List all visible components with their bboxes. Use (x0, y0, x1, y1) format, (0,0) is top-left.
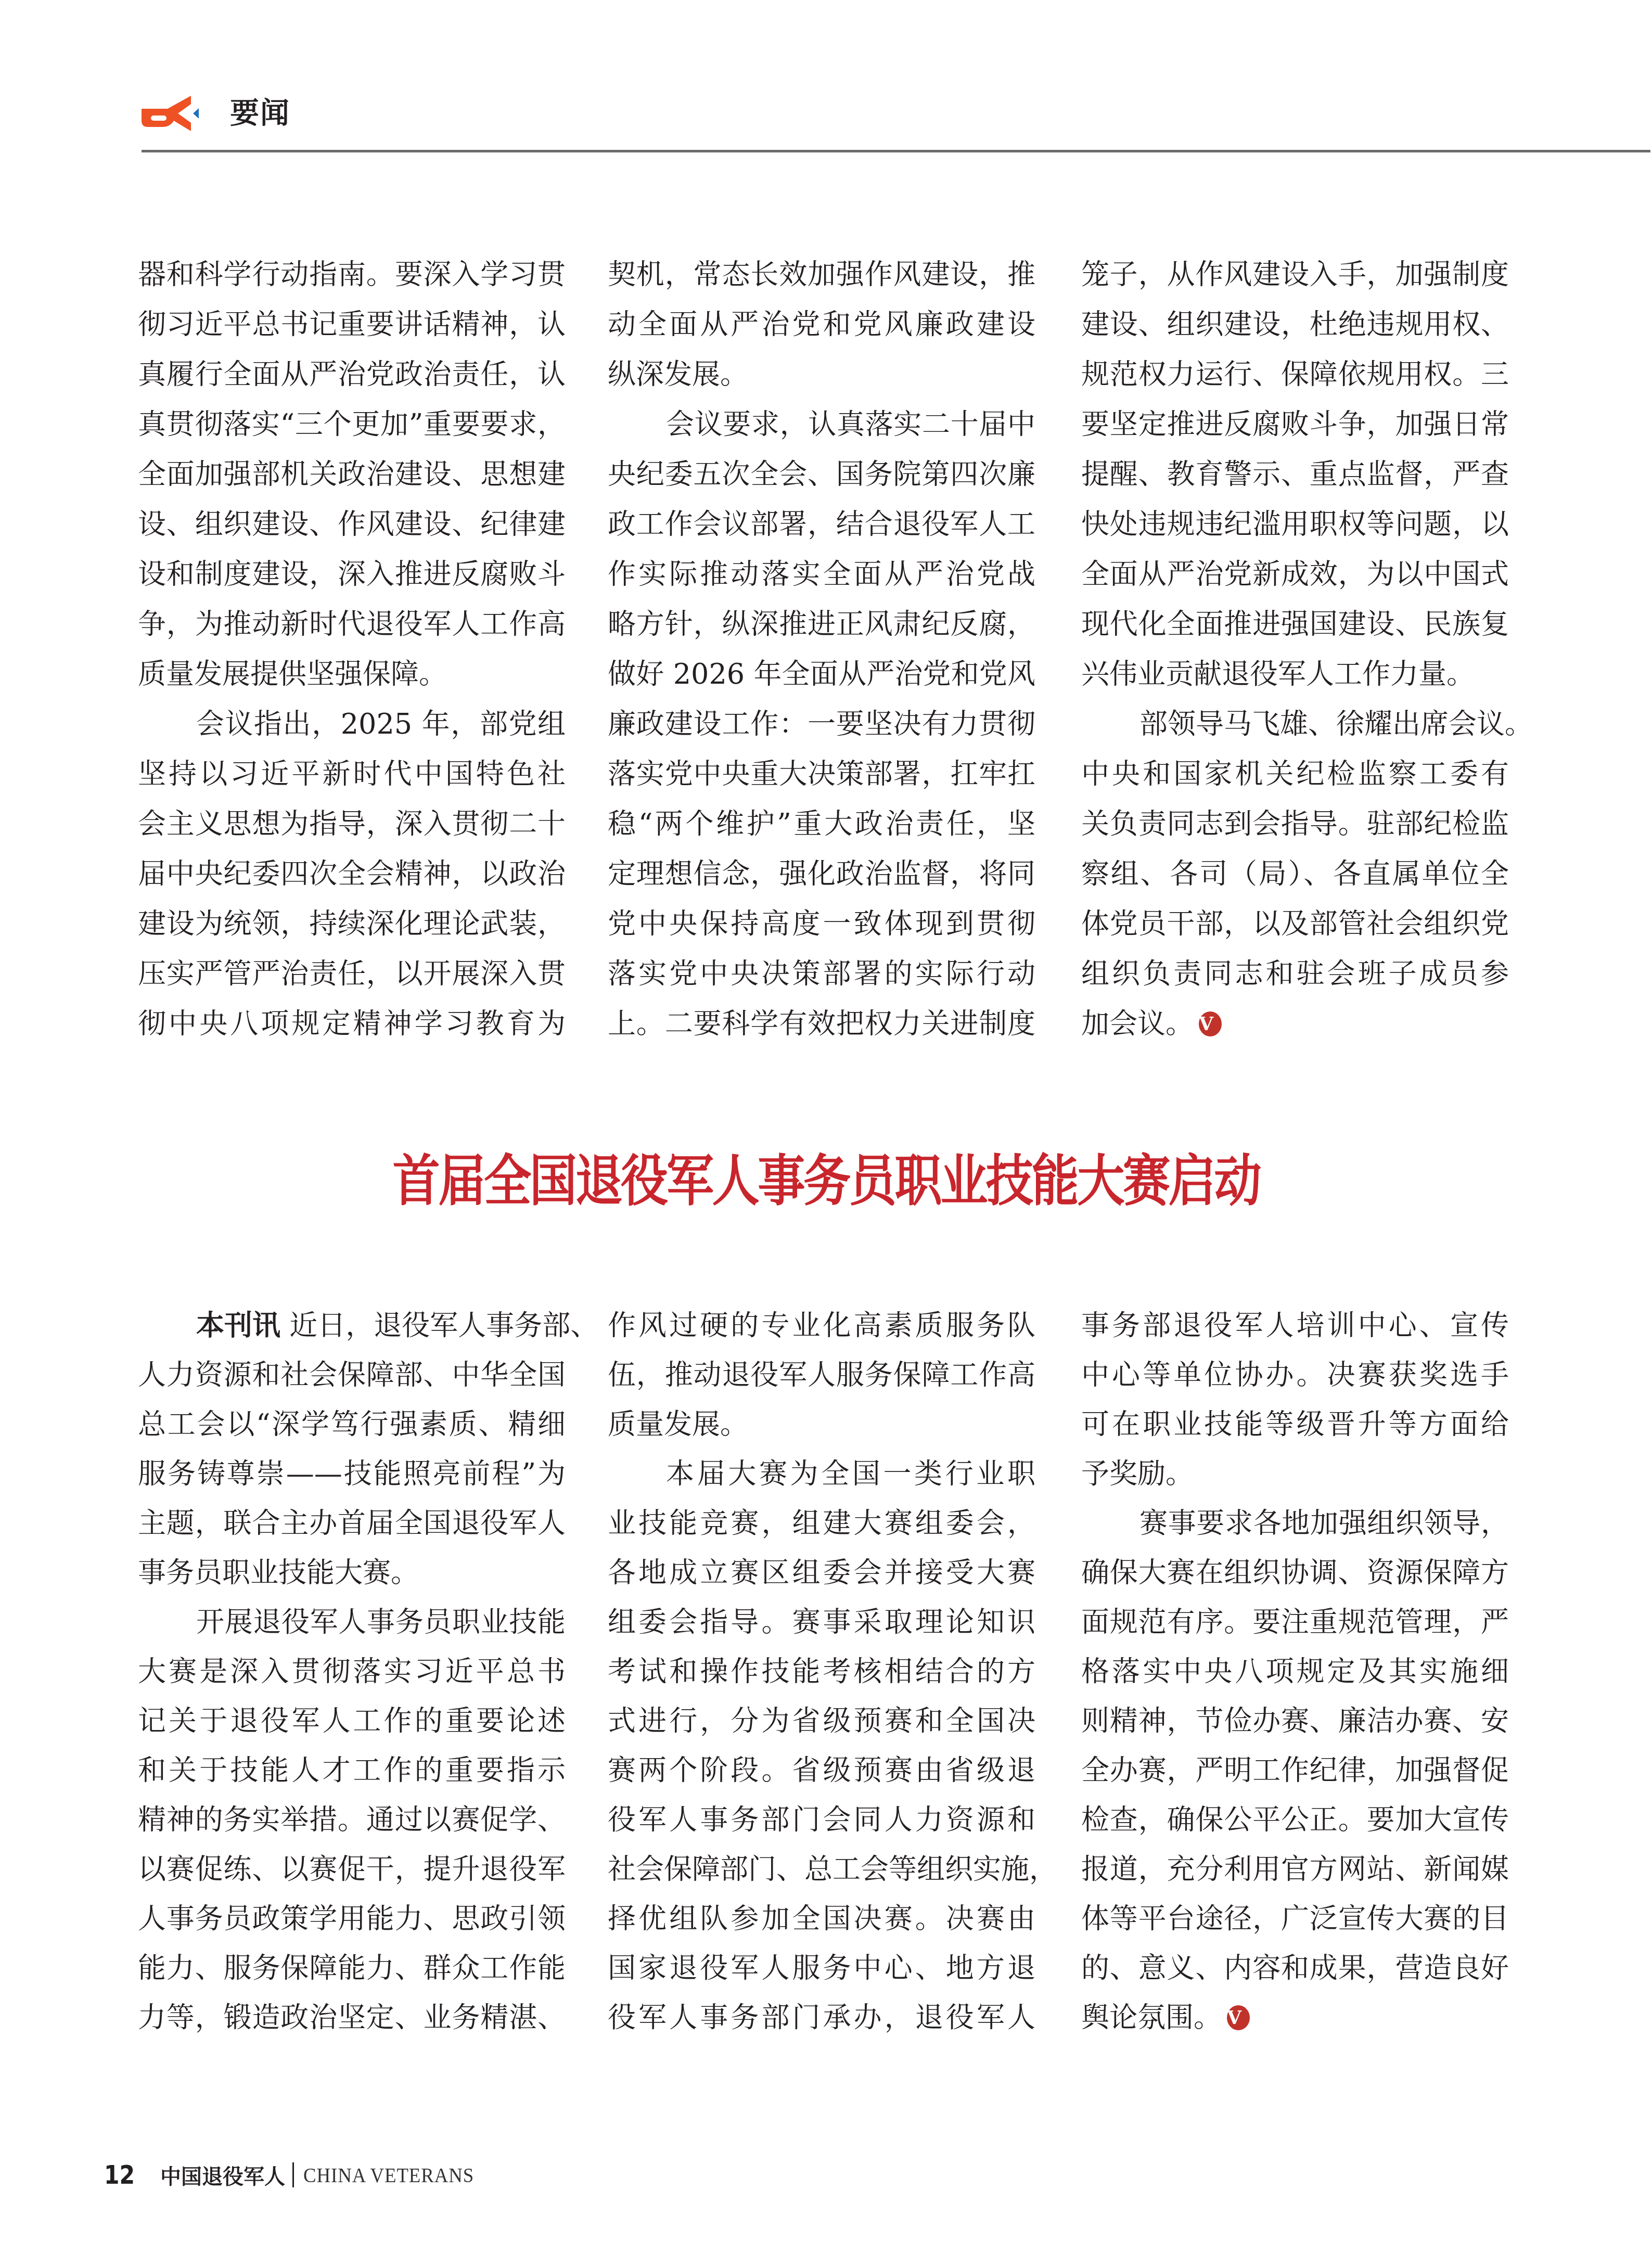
text-line: 定理想信念，强化政治监督，将同 (608, 849, 1035, 899)
text-line: 真贯彻落实“三个更加”重要要求， (138, 400, 566, 450)
veterans-v-endmark-icon: V (1199, 1011, 1222, 1036)
text-line: 会议要求，认真落实二十届中 (608, 400, 1035, 450)
text-line: 服务铸尊崇——技能照亮前程”为 (138, 1449, 566, 1498)
text-line: 的、意义、内容和成果，营造良好 (1081, 1943, 1509, 1993)
text-line: 作实际推动落实全面从严治党战 (608, 549, 1035, 599)
text-line: 事务员职业技能大赛。 (138, 1548, 566, 1597)
text-line: 面规范有序。要注重规范管理，严 (1081, 1597, 1509, 1647)
text-line: 落实党中央重大决策部署，扛牢扛 (608, 749, 1035, 799)
text-line: 精神的务实举措。通过以赛促学、 (138, 1795, 566, 1844)
text-line: 会议指出，2025 年，部党组 (138, 699, 566, 749)
magazine-name-cn: 中国退役军人 (160, 2160, 285, 2190)
text-line: 稳“两个维护”重大政治责任，坚 (608, 799, 1035, 849)
text-line: 大赛是深入贯彻落实习近平总书 (138, 1647, 566, 1696)
text-line: 设和制度建设，深入推进反腐败斗 (138, 549, 566, 599)
text-line: 式进行，分为省级预赛和全国决 (608, 1696, 1035, 1746)
text-line: 组织负责同志和驻会班子成员参 (1081, 949, 1509, 999)
article2-column-3: 事务部退役军人培训中心、宣传中心等单位协办。决赛获奖选手可在职业技能等级晋升等方… (1081, 1301, 1509, 2042)
text-line: 笼子，从作风建设入手，加强制度 (1081, 250, 1509, 300)
text-line: 争，为推动新时代退役军人工作高 (138, 599, 566, 649)
text-line: 加会议。V (1081, 999, 1509, 1049)
text-line: 予奖励。 (1081, 1449, 1509, 1498)
text-line: 则精神，节俭办赛、廉洁办赛、安 (1081, 1696, 1509, 1746)
dateline-lead: 本刊讯 (196, 1309, 280, 1342)
text-line: 择优组队参加全国决赛。决赛由 (608, 1894, 1035, 1943)
article1-column-2: 契机，常态长效加强作风建设，推动全面从严治党和党风廉政建设纵深发展。会议要求，认… (608, 250, 1035, 1049)
text-line: 质量发展提供坚强保障。 (138, 649, 566, 699)
article2-headline: 首届全国退役军人事务员职业技能大赛启动 (116, 1147, 1537, 1215)
magazine-logo-icon (142, 96, 201, 131)
text-line: 真履行全面从严治党政治责任，认 (138, 350, 566, 400)
text-line: 彻中央八项规定精神学习教育为 (138, 999, 566, 1049)
section-title: 要闻 (230, 98, 290, 129)
text-line: 人事务员政策学用能力、思政引领 (138, 1894, 566, 1943)
page-number: 12 (104, 2160, 139, 2190)
text-line: 作风过硬的专业化高素质服务队 (608, 1301, 1035, 1350)
text-line: 舆论氛围。V (1081, 1993, 1509, 2042)
text-line: 规范权力运行、保障依规用权。三 (1081, 350, 1509, 400)
text-line: 以赛促练、以赛促干，提升退役军 (138, 1844, 566, 1894)
text-line: 压实严管严治责任，以开展深入贯 (138, 949, 566, 999)
text-line: 动全面从严治党和党风廉政建设 (608, 300, 1035, 350)
text-line: 赛两个阶段。省级预赛由省级退 (608, 1746, 1035, 1795)
article2-column-1: 本刊讯 近日，退役军人事务部、人力资源和社会保障部、中华全国总工会以“深学笃行强… (138, 1301, 566, 2042)
text-line: 察组、各司（局）、各直属单位全 (1081, 849, 1509, 899)
text-line: 廉政建设工作：一要坚决有力贯彻 (608, 699, 1035, 749)
text-line: 事务部退役军人培训中心、宣传 (1081, 1301, 1509, 1350)
text-line: 做好 2026 年全面从严治党和党风 (608, 649, 1035, 699)
text-line: 役军人事务部门承办，退役军人 (608, 1993, 1035, 2042)
text-line: 考试和操作技能考核相结合的方 (608, 1647, 1035, 1696)
text-line: 可在职业技能等级晋升等方面给 (1081, 1400, 1509, 1449)
text-line: 体等平台途径，广泛宣传大赛的目 (1081, 1894, 1509, 1943)
section-header: 要闻 (142, 95, 290, 132)
text-line: 器和科学行动指南。要深入学习贯 (138, 250, 566, 300)
text-line: 伍，推动退役军人服务保障工作高 (608, 1350, 1035, 1400)
text-line: 建设、组织建设，杜绝违规用权、 (1081, 300, 1509, 350)
veterans-v-endmark-icon: V (1227, 2005, 1250, 2030)
header-divider (142, 150, 1650, 152)
text-line: 落实党中央决策部署的实际行动 (608, 949, 1035, 999)
footer-separator (292, 2162, 294, 2187)
text-line: 全面加强部机关政治建设、思想建 (138, 450, 566, 499)
text-line: 役军人事务部门会同人力资源和 (608, 1795, 1035, 1844)
text-line: 检查，确保公平公正。要加大宣传 (1081, 1795, 1509, 1844)
text-line: 坚持以习近平新时代中国特色社 (138, 749, 566, 799)
text-line: 快处违规违纪滥用职权等问题，以 (1081, 499, 1509, 549)
text-line: 社会保障部门、总工会等组织实施， (608, 1844, 1035, 1894)
text-line: 现代化全面推进强国建设、民族复 (1081, 599, 1509, 649)
text-line: 央纪委五次全会、国务院第四次廉 (608, 450, 1035, 499)
text-line: 总工会以“深学笃行强素质、精细 (138, 1400, 566, 1449)
text-line: 报道，充分利用官方网站、新闻媒 (1081, 1844, 1509, 1894)
text-line: 力等，锻造政治坚定、业务精湛、 (138, 1993, 566, 2042)
text-line: 体党员干部，以及部管社会组织党 (1081, 899, 1509, 949)
text-line: 纵深发展。 (608, 350, 1035, 400)
text-line: 关负责同志到会指导。驻部纪检监 (1081, 799, 1509, 849)
text-line: 记关于退役军人工作的重要论述 (138, 1696, 566, 1746)
text-line: 提醒、教育警示、重点监督，严查 (1081, 450, 1509, 499)
article1-column-1: 器和科学行动指南。要深入学习贯彻习近平总书记重要讲话精神，认真履行全面从严治党政… (138, 250, 566, 1049)
text-line: 赛事要求各地加强组织领导， (1081, 1498, 1509, 1548)
text-line: 建设为统领，持续深化理论武装， (138, 899, 566, 949)
text-line: 政工作会议部署，结合退役军人工 (608, 499, 1035, 549)
text-line: 全面从严治党新成效，为以中国式 (1081, 549, 1509, 599)
text-line: 各地成立赛区组委会并接受大赛 (608, 1548, 1035, 1597)
text-line: 国家退役军人服务中心、地方退 (608, 1943, 1035, 1993)
text-line: 开展退役军人事务员职业技能 (138, 1597, 566, 1647)
text-line: 人力资源和社会保障部、中华全国 (138, 1350, 566, 1400)
text-line: 兴伟业贡献退役军人工作力量。 (1081, 649, 1509, 699)
text-line: 本刊讯 近日，退役军人事务部、 (138, 1301, 566, 1350)
article1-column-3: 笼子，从作风建设入手，加强制度建设、组织建设，杜绝违规用权、规范权力运行、保障依… (1081, 250, 1509, 1049)
text-line: 能力、服务保障能力、群众工作能 (138, 1943, 566, 1993)
text-line: 中央和国家机关纪检监察工委有 (1081, 749, 1509, 799)
text-line: 会主义思想为指导，深入贯彻二十 (138, 799, 566, 849)
text-line: 格落实中央八项规定及其实施细 (1081, 1647, 1509, 1696)
text-line: 全办赛，严明工作纪律，加强督促 (1081, 1746, 1509, 1795)
text-line: 设、组织建设、作风建设、纪律建 (138, 499, 566, 549)
text-line: 届中央纪委四次全会精神，以政治 (138, 849, 566, 899)
text-line: 组委会指导。赛事采取理论知识 (608, 1597, 1035, 1647)
text-line: 和关于技能人才工作的重要指示 (138, 1746, 566, 1795)
text-line: 本届大赛为全国一类行业职 (608, 1449, 1035, 1498)
text-line: 彻习近平总书记重要讲话精神，认 (138, 300, 566, 350)
text-line: 业技能竞赛，组建大赛组委会， (608, 1498, 1035, 1548)
text-line: 上。二要科学有效把权力关进制度 (608, 999, 1035, 1049)
text-line: 略方针，纵深推进正风肃纪反腐， (608, 599, 1035, 649)
text-line: 质量发展。 (608, 1400, 1035, 1449)
text-line: 党中央保持高度一致体现到贯彻 (608, 899, 1035, 949)
text-line: 主题，联合主办首届全国退役军人 (138, 1498, 566, 1548)
page-footer: 12 中国退役军人 CHINA VETERANS (104, 2154, 489, 2196)
text-line: 中心等单位协办。决赛获奖选手 (1081, 1350, 1509, 1400)
magazine-name-en: CHINA VETERANS (303, 2163, 474, 2187)
text-line: 确保大赛在组织协调、资源保障方 (1081, 1548, 1509, 1597)
text-line: 要坚定推进反腐败斗争，加强日常 (1081, 400, 1509, 450)
text-line: 契机，常态长效加强作风建设，推 (608, 250, 1035, 300)
text-line: 部领导马飞雄、徐耀出席会议。 (1081, 699, 1509, 749)
article2-column-2: 作风过硬的专业化高素质服务队伍，推动退役军人服务保障工作高质量发展。本届大赛为全… (608, 1301, 1035, 2042)
